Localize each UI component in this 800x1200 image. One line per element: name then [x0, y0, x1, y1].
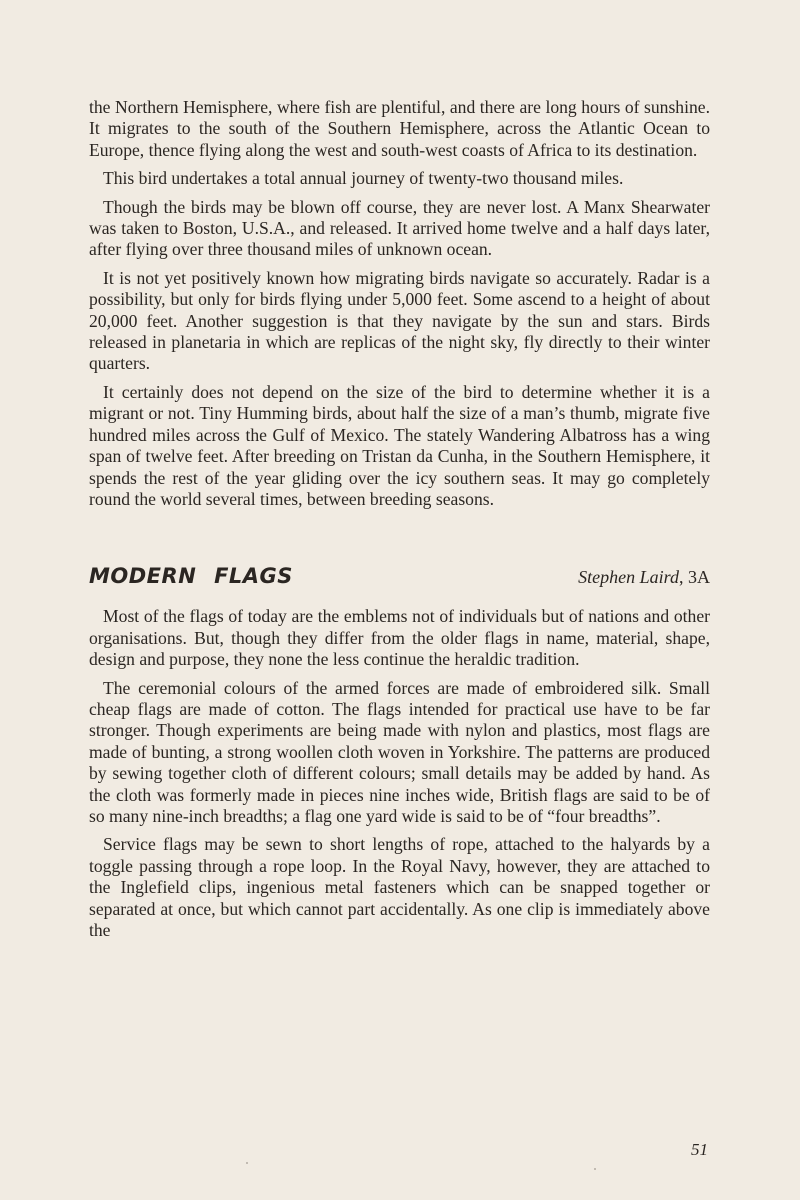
paragraph-bird-size: It certainly does not depend on the size…	[89, 382, 710, 510]
paragraph-annual-journey: This bird undertakes a total annual jour…	[89, 168, 710, 189]
author-name: Stephen Laird	[578, 567, 679, 587]
page-body: the Northern Hemisphere, where fish are …	[89, 97, 710, 941]
paper-speck	[246, 1162, 248, 1164]
section-title: MODERN FLAGS	[89, 564, 293, 588]
author-form: , 3A	[679, 567, 710, 587]
byline: Stephen Laird, 3A	[578, 567, 710, 588]
paragraph-service-flags: Service flags may be sewn to short lengt…	[89, 834, 710, 941]
section-header: MODERN FLAGS Stephen Laird, 3A	[89, 564, 710, 588]
paragraph-continued: the Northern Hemisphere, where fish are …	[89, 97, 710, 161]
paper-speck	[594, 1168, 596, 1170]
paragraph-manx-shearwater: Though the birds may be blown off course…	[89, 197, 710, 261]
paragraph-flag-materials: The ceremonial colours of the armed forc…	[89, 678, 710, 828]
paragraph-flags-emblems: Most of the flags of today are the emble…	[89, 606, 710, 670]
page-number: 51	[691, 1140, 708, 1160]
paragraph-navigation: It is not yet positively known how migra…	[89, 268, 710, 375]
